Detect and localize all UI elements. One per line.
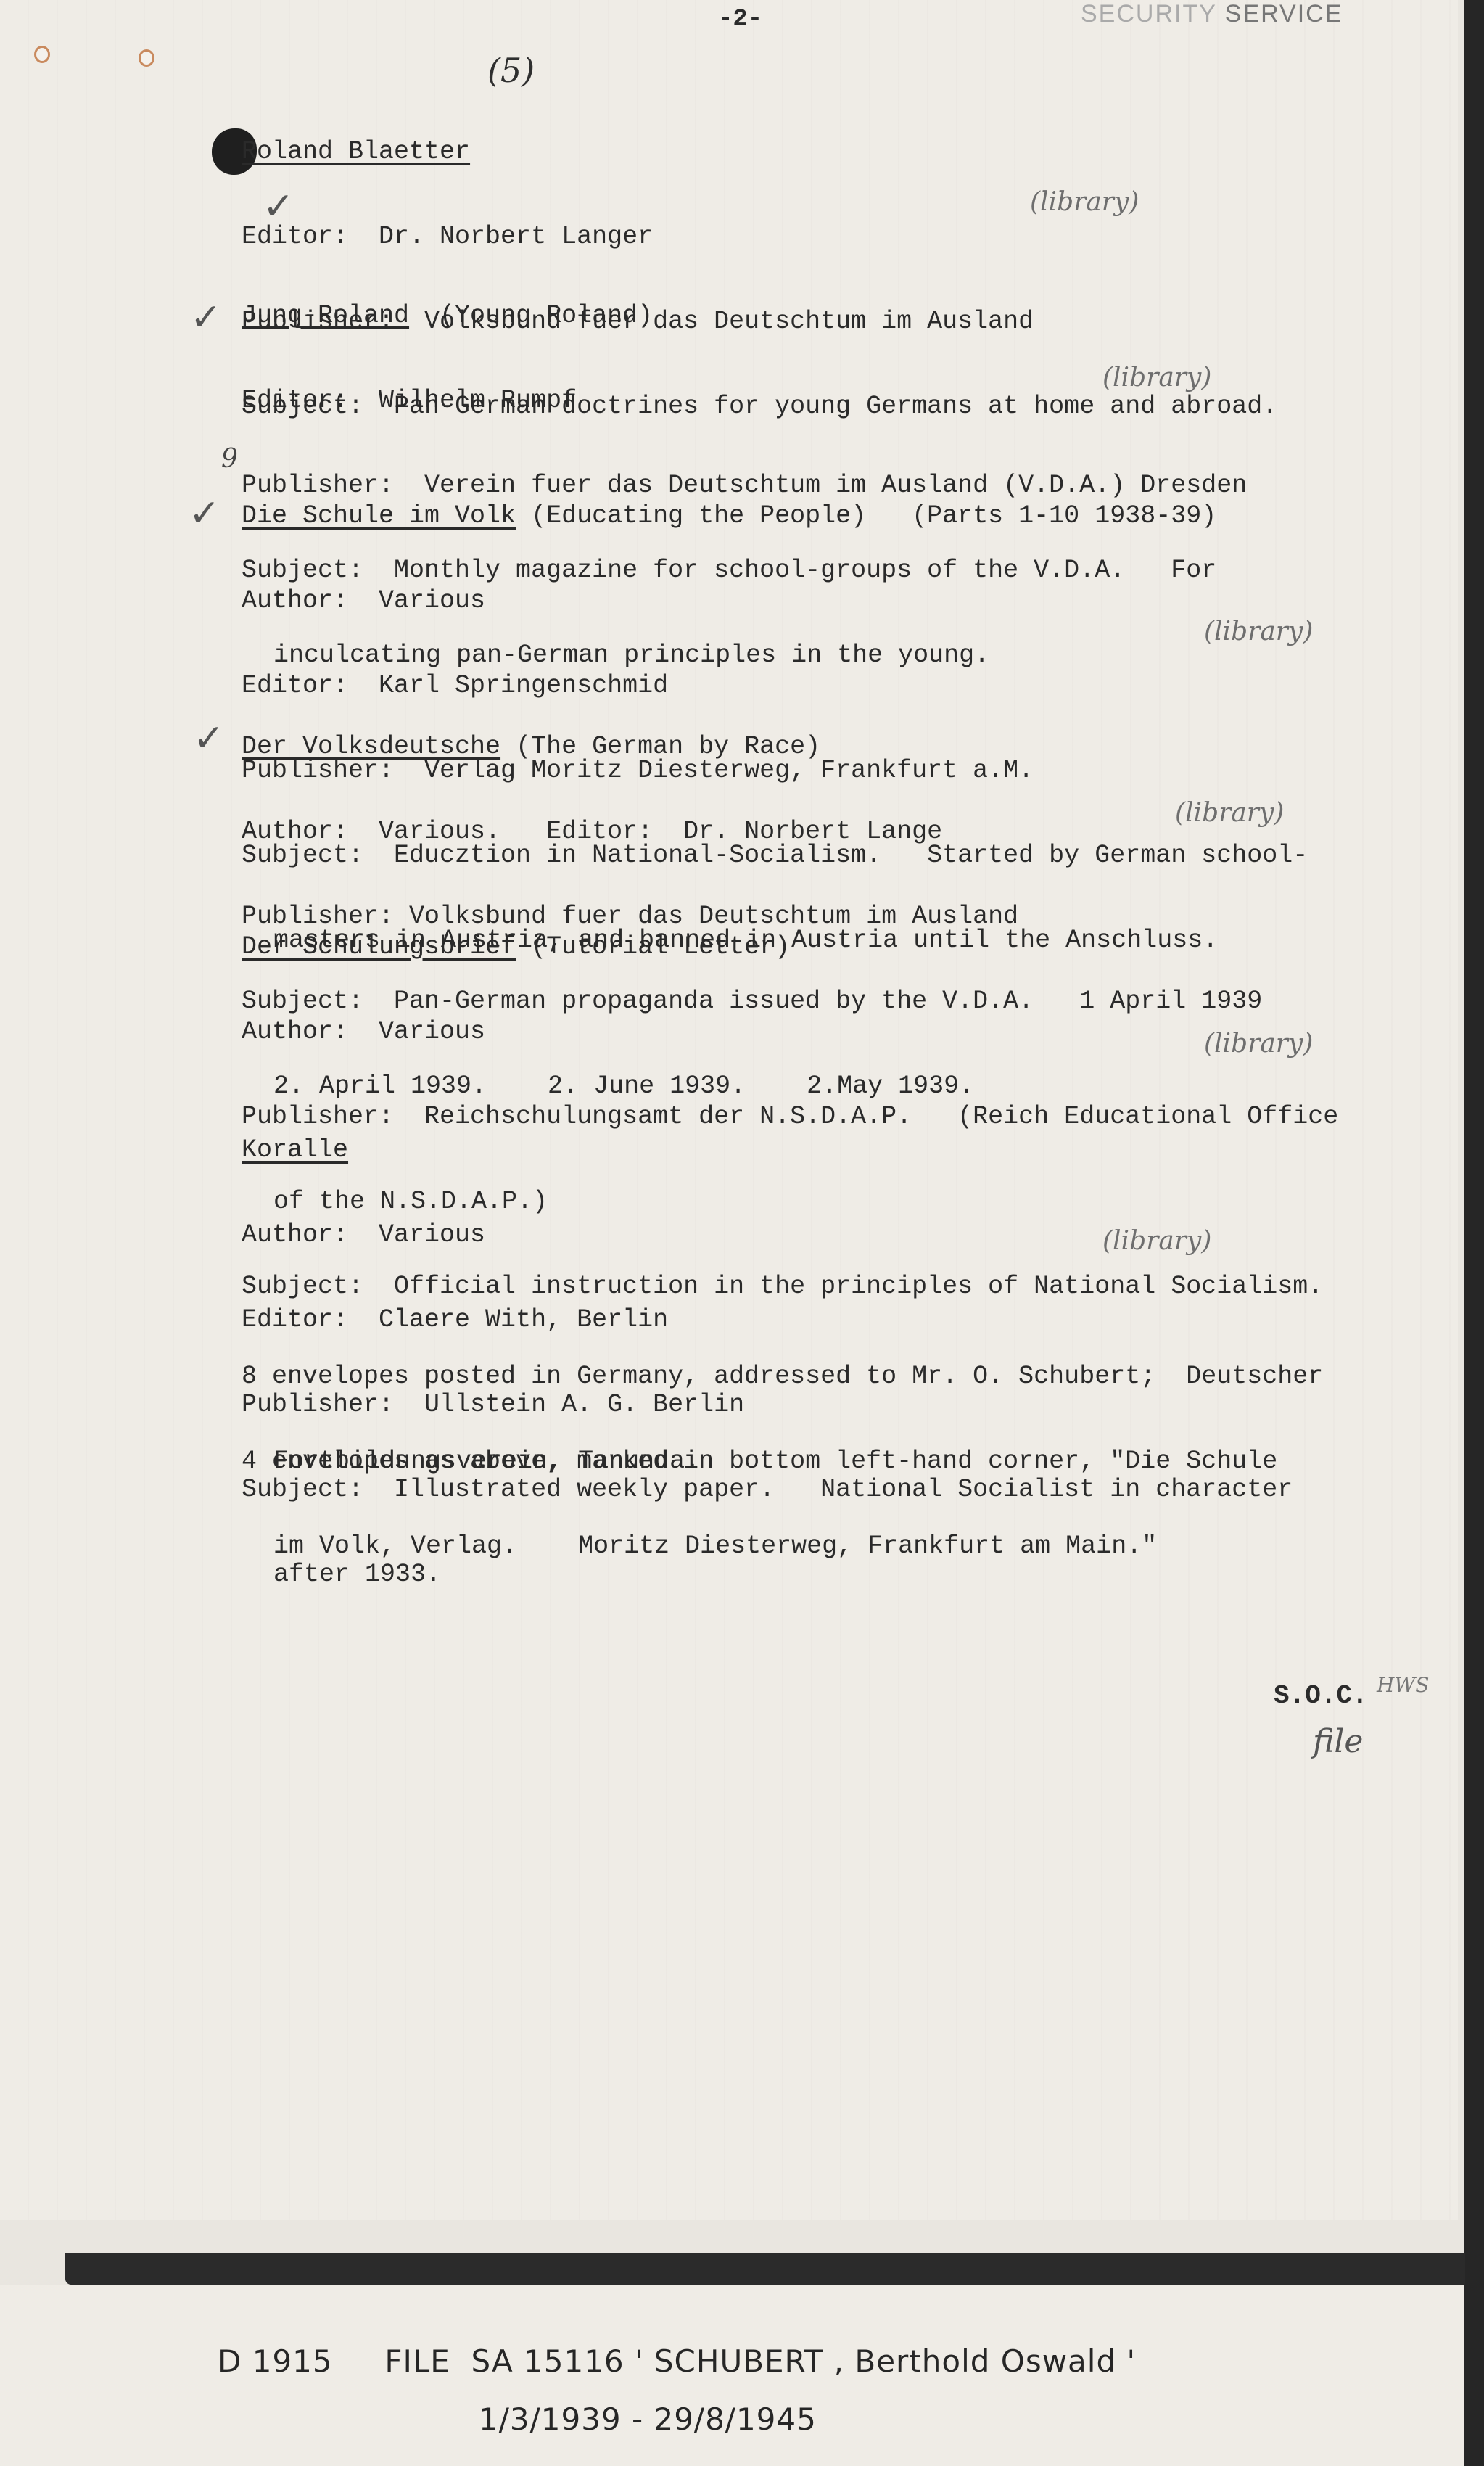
handwritten-initials: HWS xyxy=(1377,1673,1429,1697)
entry-title: Koralle xyxy=(242,1135,348,1164)
check-mark-icon: ✓ xyxy=(190,296,222,340)
envelope-note-2: 4 envelopes as above, marked in bottom l… xyxy=(242,1391,1277,1617)
file-label-area: D 1915 FILE SA 15116 ' SCHUBERT , Bertho… xyxy=(0,2285,1464,2466)
entry-title: Der Schulungsbrief xyxy=(242,932,516,961)
scan-border xyxy=(1464,0,1484,2466)
document-page: -2- SECURITY SERVICE Roland Blaetter Edi… xyxy=(0,0,1458,2220)
file-reference: D 1915 FILE SA 15116 ' SCHUBERT , Bertho… xyxy=(218,2343,1136,2379)
punch-hole xyxy=(139,49,154,67)
page-divider-bar xyxy=(65,2253,1465,2285)
handwritten-number: (5) xyxy=(487,51,535,90)
file-date-range: 1/3/1939 - 29/8/1945 xyxy=(479,2401,817,2437)
entry-title: Die Schule im Volk xyxy=(242,501,516,530)
soc-signoff: S.O.C. xyxy=(1274,1681,1368,1711)
library-annotation: (library) xyxy=(1204,1029,1313,1059)
entry-author: Author: Various xyxy=(242,1018,1338,1046)
entry-title: Der Volksdeutsche xyxy=(242,732,500,761)
handwritten-mark: 9 xyxy=(221,444,238,474)
library-annotation: (library) xyxy=(1102,1226,1211,1256)
library-annotation: (library) xyxy=(1102,363,1211,392)
entry-author-editor: Author: Various. Editor: Dr. Norbert Lan… xyxy=(242,818,1262,846)
check-mark-icon: ✓ xyxy=(189,492,220,535)
security-service-stamp: SECURITY SERVICE xyxy=(1081,0,1343,28)
entry-title: Roland Blaetter xyxy=(242,137,470,166)
library-annotation: (library) xyxy=(1175,798,1284,828)
page-number: -2- xyxy=(718,6,762,33)
punch-hole xyxy=(34,46,50,63)
check-mark-icon: ✓ xyxy=(263,185,294,229)
entry-editor: Editor: Wilhelm Rumpf xyxy=(242,387,1247,415)
entry-title: Jung-Roland xyxy=(242,301,409,330)
handwritten-file-note: file xyxy=(1313,1723,1363,1760)
check-mark-icon: ✓ xyxy=(193,717,225,760)
entry-author: Author: Various xyxy=(242,587,1308,615)
library-annotation: (library) xyxy=(1204,617,1313,646)
library-annotation: (library) xyxy=(1030,187,1139,217)
